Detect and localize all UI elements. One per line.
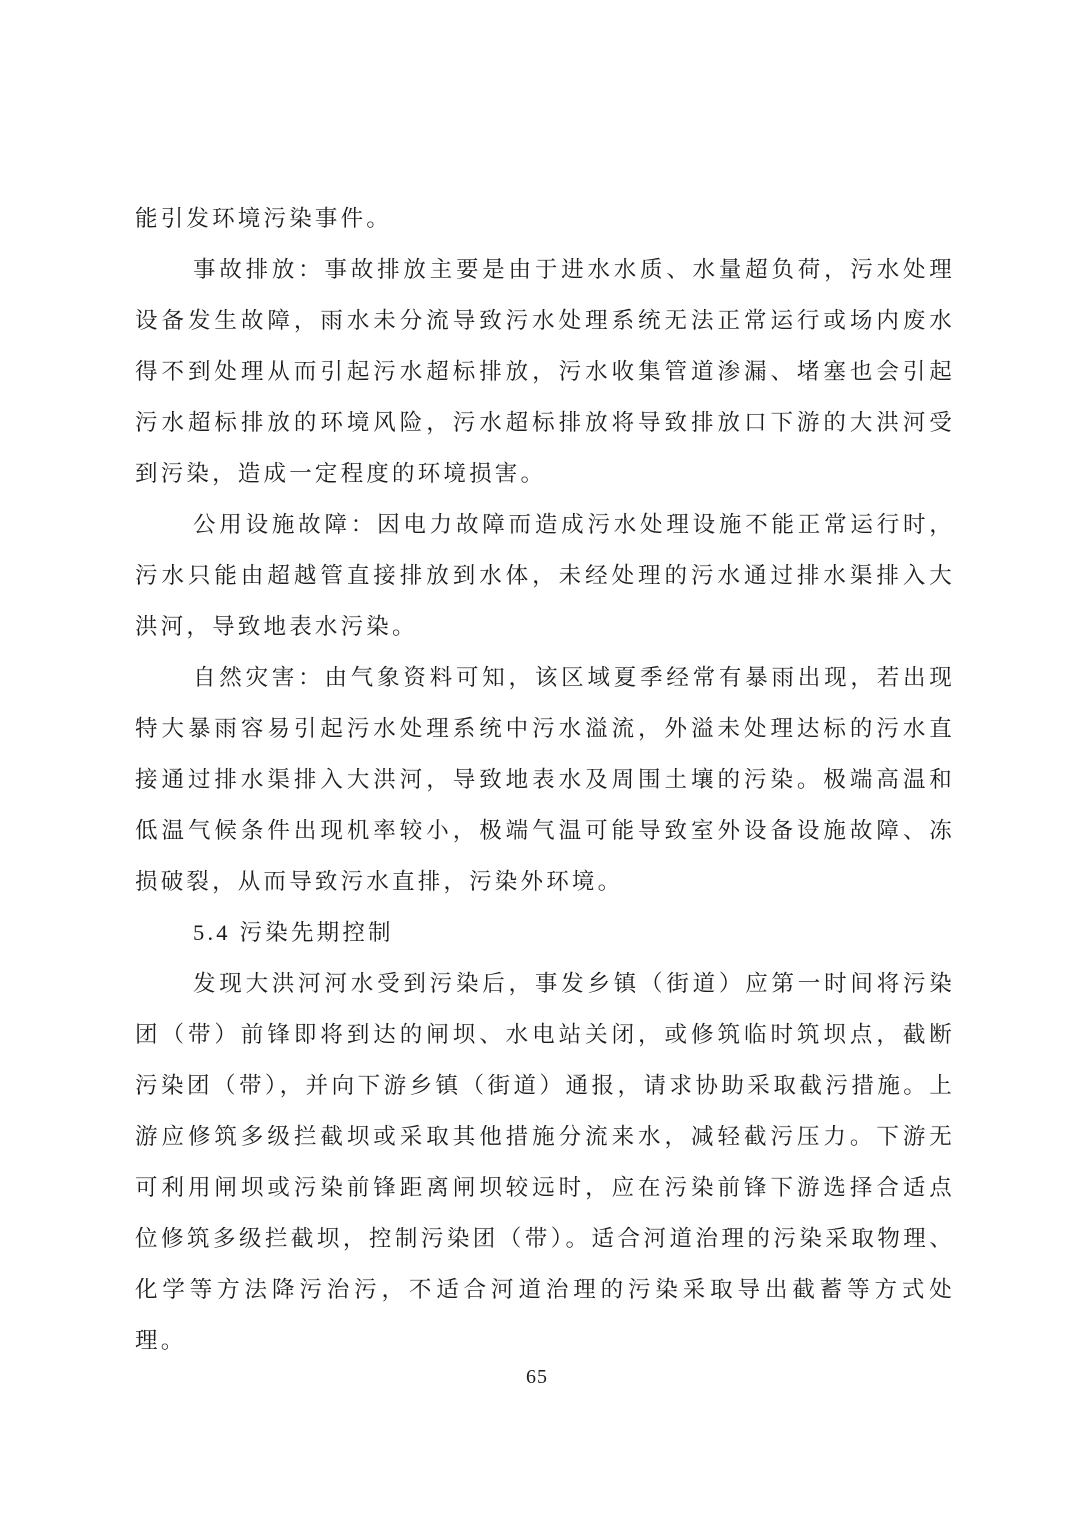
paragraph-accident-discharge: 事故排放：事故排放主要是由于进水水质、水量超负荷，污水处理设备发生故障，雨水未分… — [135, 244, 955, 499]
section-heading-5-4: 5.4 污染先期控制 — [135, 907, 955, 958]
paragraph-continuation: 能引发环境污染事件。 — [135, 193, 955, 244]
paragraph-utility-failure: 公用设施故障：因电力故障而造成污水处理设施不能正常运行时，污水只能由超越管直接排… — [135, 499, 955, 652]
paragraph-pollution-control: 发现大洪河河水受到污染后，事发乡镇（街道）应第一时间将污染团（带）前锋即将到达的… — [135, 958, 955, 1366]
document-page: 能引发环境污染事件。 事故排放：事故排放主要是由于进水水质、水量超负荷，污水处理… — [0, 0, 1074, 1520]
page-number: 65 — [0, 1366, 1074, 1389]
paragraph-natural-disaster: 自然灾害：由气象资料可知，该区域夏季经常有暴雨出现，若出现特大暴雨容易引起污水处… — [135, 652, 955, 907]
page-body: 能引发环境污染事件。 事故排放：事故排放主要是由于进水水质、水量超负荷，污水处理… — [135, 193, 955, 1366]
